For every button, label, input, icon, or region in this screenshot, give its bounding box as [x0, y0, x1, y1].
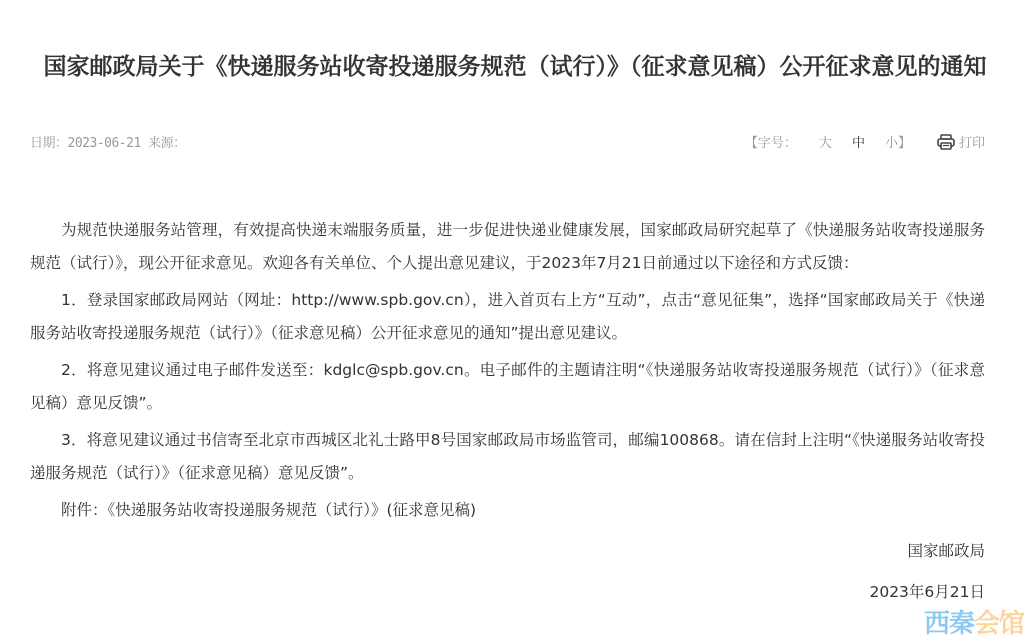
font-size-large-button[interactable]: 大	[819, 132, 832, 151]
date-label: 日期：	[30, 136, 68, 151]
watermark-logo: 西秦会馆	[924, 609, 1024, 639]
print-label: 打印	[959, 132, 985, 151]
font-size-label: 【字号：	[745, 132, 797, 151]
attachment-line[interactable]: 附件：《快递服务站收寄投递服务规范（试行）》(征求意见稿)	[30, 494, 985, 527]
font-size-small-button[interactable]: 小	[885, 132, 898, 151]
watermark-part-1: 西秦	[924, 609, 974, 639]
feedback-method-1: 1．登录国家邮政局网站（网址：http://www.spb.gov.cn），进入…	[30, 284, 985, 350]
signature-org: 国家邮政局	[30, 535, 985, 568]
font-size-close-bracket: 】	[898, 132, 911, 151]
source-label: 来源：	[148, 136, 186, 151]
feedback-method-2: 2．将意见建议通过电子邮件发送至：kdglc@spb.gov.cn。电子邮件的主…	[30, 354, 985, 420]
signature-date: 2023年6月21日	[30, 576, 985, 609]
watermark-part-2: 会馆	[974, 609, 1024, 639]
feedback-method-3: 3．将意见建议通过书信寄至北京市西城区北礼士路甲8号国家邮政局市场监管司，邮编1…	[30, 424, 985, 490]
article-meta-bar: 日期：2023-06-21 来源： 【字号： 大 中 小】 打印	[30, 130, 985, 152]
intro-paragraph: 为规范快递服务站管理，有效提高快递末端服务质量，进一步促进快递业健康发展，国家邮…	[30, 214, 985, 280]
article-title: 国家邮政局关于《快递服务站收寄投递服务规范（试行）》（征求意见稿）公开征求意见的…	[20, 51, 1010, 83]
print-button[interactable]: 打印	[937, 132, 985, 151]
publish-date: 2023-06-21	[68, 136, 141, 151]
publish-info: 日期：2023-06-21 来源：	[30, 132, 186, 151]
font-size-medium-button[interactable]: 中	[852, 132, 865, 151]
article-body: 为规范快递服务站管理，有效提高快递末端服务质量，进一步促进快递业健康发展，国家邮…	[30, 214, 985, 613]
page-tools: 【字号： 大 中 小】 打印	[745, 132, 985, 151]
printer-icon	[937, 134, 955, 150]
